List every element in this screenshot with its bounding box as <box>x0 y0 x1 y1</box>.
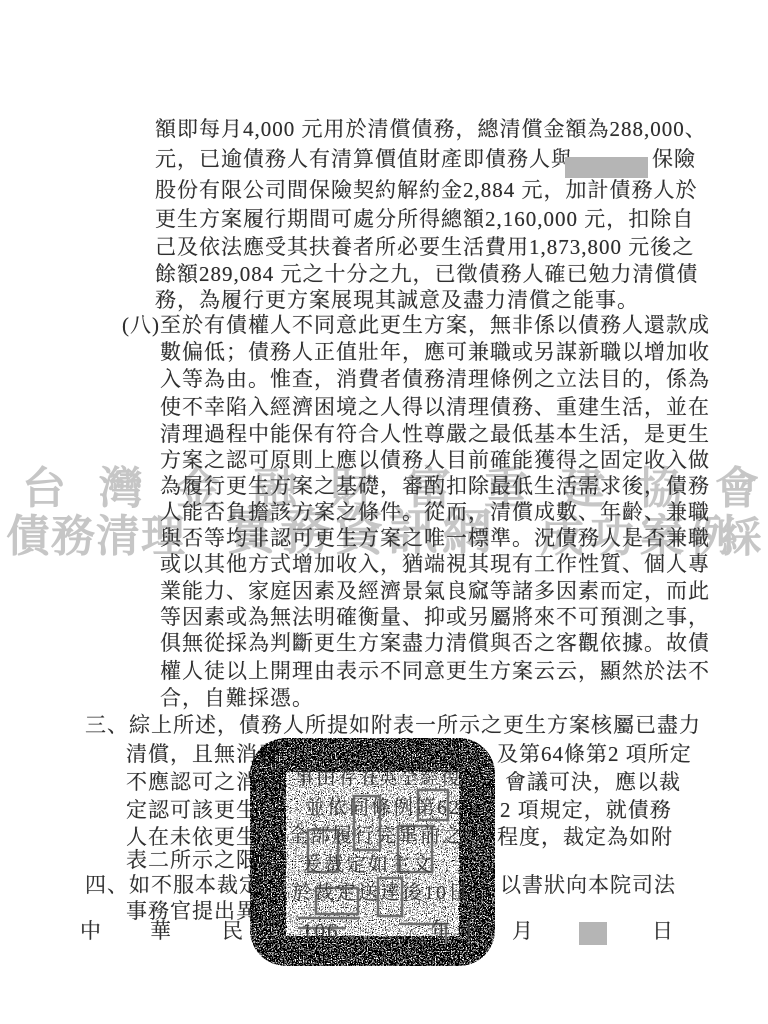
text-line: 股份有限公司間保險契約解約金2,884 元，加計債務人於 <box>155 179 698 202</box>
text-line: 三、綜上所述，債務人所提如附表一所示之更生方案核屬已盡力 <box>85 714 701 737</box>
stamp-text-fragment: 於裁定送達後10日 <box>292 881 470 904</box>
text-line: 及第64條第2 項所定 <box>497 743 692 766</box>
text-line: 為履行更生方案之基礎，審酌扣除最低生活需求後，債務 <box>160 475 710 498</box>
text-line: 保險 <box>652 148 696 171</box>
text-line: 四、如不服本裁定 <box>85 874 261 897</box>
text-line: 俱無從採為判斷更生方案盡力清償與否之客觀依據。故債 <box>160 632 710 655</box>
text-line: 與否等均非認可更生方案之唯一標準。況債務人是否兼職 <box>160 527 710 550</box>
redaction-box <box>579 922 607 945</box>
text-line: 方案之認可原則上應以債務人目前確能獲得之固定收入做 <box>160 449 710 472</box>
stamp-text-fragment: 事由存在 <box>294 766 382 789</box>
watermark-text: 綵 <box>720 505 762 565</box>
text-line: 額即每月4,000 元用於清償債務，總清償金額為288,000、 <box>155 118 707 141</box>
text-line: 會議可決，應以裁 <box>505 771 681 794</box>
text-line: 更生方案履行期間可處分所得總額2,160,000 元，扣除自 <box>155 208 694 231</box>
text-line: 餘額289,084 元之十分之九，已徵債務人確已勉力清償債 <box>155 263 699 286</box>
redaction-box <box>565 157 648 178</box>
text-line: 2 項規定，就債務 <box>500 799 672 822</box>
court-seal-stamp: 事由存在英全經復並依同條例第62全部履行完畢前之爰裁定如主文於裁定送達後10日1… <box>250 738 495 966</box>
text-line: 清理過程中能保有符合人性尊嚴之最低基本生活，是更生 <box>160 423 710 446</box>
text-line: 表二所示之限 <box>126 849 258 872</box>
text-line: 使不幸陷入經濟困境之人得以清理債務、重建生活，並在 <box>160 396 710 419</box>
stamp-text-fragment: 年 <box>430 919 453 943</box>
text-line: (八)至於有債權人不同意此更生方案，無非係以債務人還款成 <box>122 314 710 337</box>
scanned-court-document-page: 台灣金融財富重建協會債務清理實務資訊網成功案例綵 額即每月4,000 元用於清償… <box>0 0 768 1024</box>
text-line: 或以其他方式增加收入，猶端視其現有工作性質、個人專 <box>160 553 710 576</box>
text-line: 民 <box>222 920 244 943</box>
stamp-text-fragment: 並依同條例第62 <box>305 796 461 819</box>
text-line: 月 <box>512 920 534 943</box>
text-line: 華 <box>150 920 172 943</box>
stamp-text-fragment: 英全經復 <box>378 767 462 789</box>
text-line: 等因素或為無法明確衡量、抑或另屬將來不可預測之事， <box>160 606 710 629</box>
stamp-text-fragment: 106 <box>302 919 340 943</box>
text-line: 日 <box>652 920 674 943</box>
stamp-text-fragment: 全部履行完畢前之 <box>288 824 464 847</box>
text-line: 業能力、家庭因素及經濟景氣良窳等諸多因素而定，而此 <box>160 580 710 603</box>
text-line: 以書狀向本院司法 <box>500 874 676 897</box>
text-line: 合，自難採憑。 <box>160 687 314 710</box>
text-line: 人在未依更生 <box>126 826 258 849</box>
text-line: 元，已逾債務人有清算價值財產即債務人與 <box>155 148 573 171</box>
text-line: 程度，裁定為如附 <box>497 826 673 849</box>
text-line: 權人徒以上開理由表示不同意更生方案云云，顯然於法不 <box>160 660 710 683</box>
text-line: 己及依法應受其扶養者所必要生活費用1,873,800 元後之 <box>155 236 694 259</box>
text-line: 定認可該更生 <box>126 799 258 822</box>
text-line: 不應認可之消 <box>126 771 258 794</box>
text-line: 入等為由。惟查，消費者債務清理條例之立法目的，係為 <box>160 368 710 391</box>
text-line: 務，為履行更方案展現其誠意及盡力清償之能事。 <box>155 289 639 312</box>
text-line: 數偏低；債務人正值壯年，應可兼職或另謀新職以增加收 <box>160 341 710 364</box>
text-line: 人能否負擔該方案之條件。從而，清償成數、年齡、兼職 <box>160 501 710 524</box>
text-line: 中 <box>80 920 102 943</box>
stamp-text-fragment: 十 <box>458 919 481 943</box>
watermark-text: 債務清理 <box>6 500 186 564</box>
stamp-text-fragment: 爰裁定如主文 <box>302 853 434 876</box>
